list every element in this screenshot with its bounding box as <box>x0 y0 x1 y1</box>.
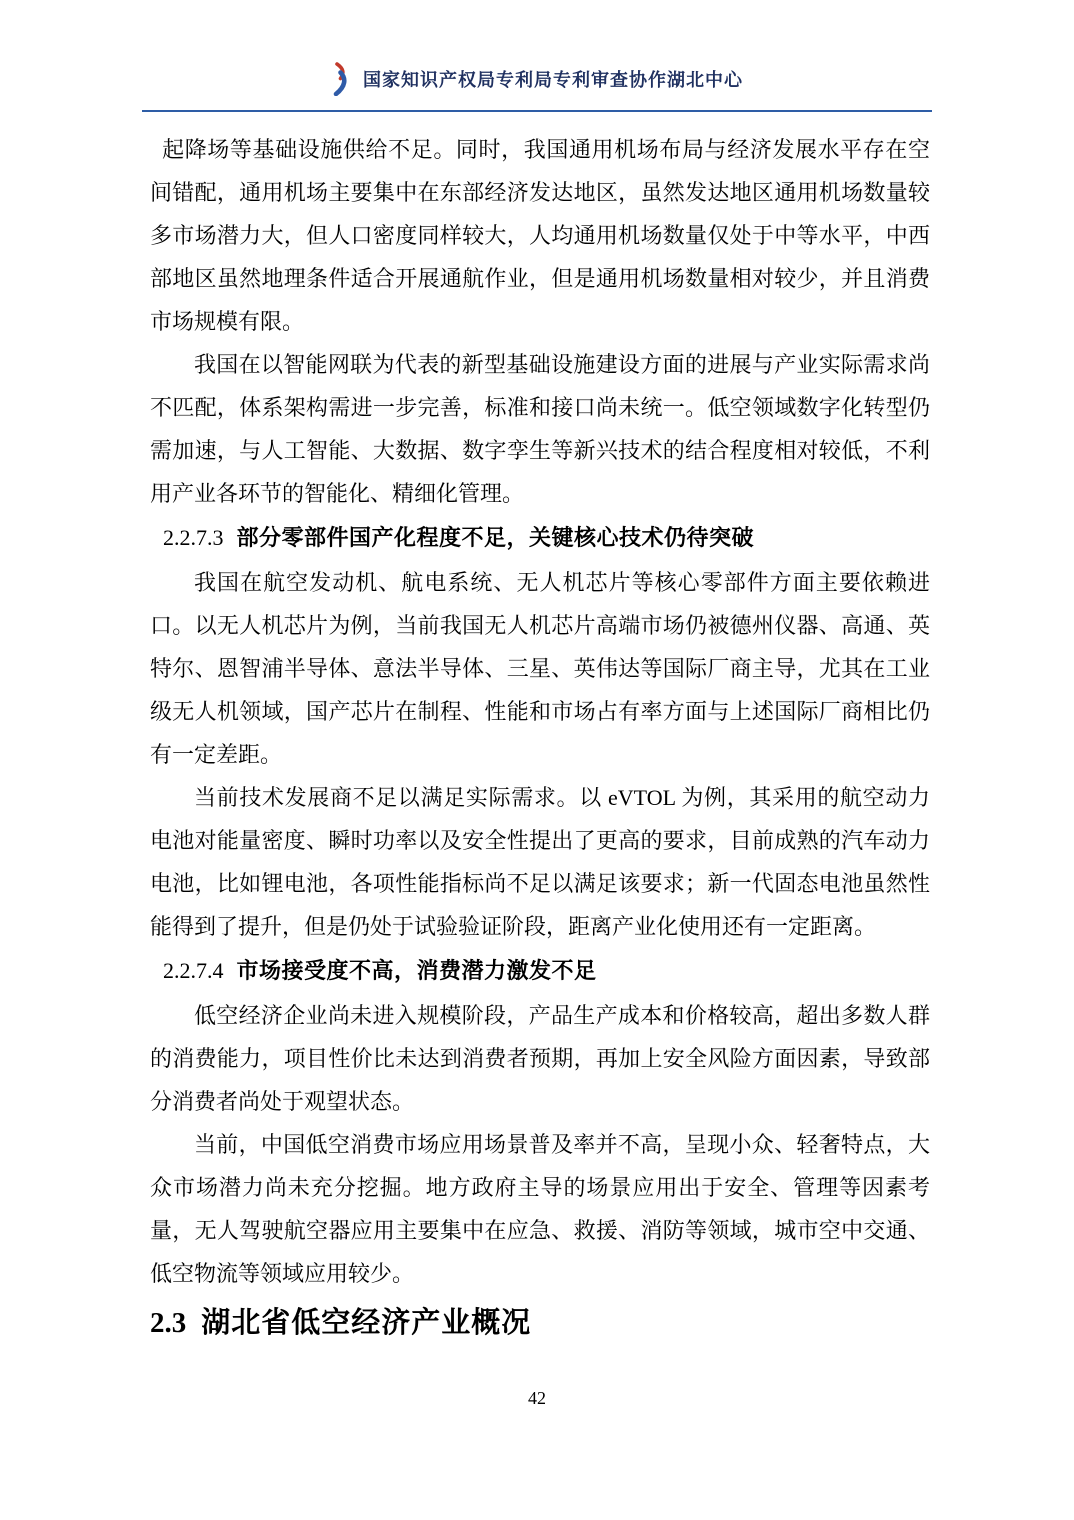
document-body: 起降场等基础设施供给不足。同时，我国通用机场布局与经济发展水平存在空间错配，通用… <box>150 128 930 1349</box>
heading-text: 部分零部件国产化程度不足，关键核心技术仍待突破 <box>237 525 755 550</box>
header-title: 国家知识产权局专利局专利审查协作湖北中心 <box>363 66 743 92</box>
page-number: 42 <box>528 1388 546 1408</box>
paragraph-market-acceptance: 低空经济企业尚未进入规模阶段，产品生产成本和价格较高，超出多数人群的消费能力，项… <box>150 994 930 1123</box>
heading-number: 2.2.7.3 <box>163 525 224 550</box>
heading-2-2-7-4: 2.2.7.4市场接受度不高，消费潜力激发不足 <box>150 948 930 994</box>
heading-number: 2.3 <box>150 1307 186 1339</box>
header-rule <box>142 110 932 112</box>
paragraph-consumer-market: 当前，中国低空消费市场应用场景普及率并不高，呈现小众、轻奢特点，大众市场潜力尚未… <box>150 1123 930 1295</box>
heading-text: 市场接受度不高，消费潜力激发不足 <box>237 958 597 983</box>
paragraph-intelligent-network: 我国在以智能网联为代表的新型基础设施建设方面的进展与产业实际需求尚不匹配，体系架… <box>150 343 930 515</box>
document-page: 国家知识产权局专利局专利审查协作湖北中心 起降场等基础设施供给不足。同时，我国通… <box>0 0 1074 1520</box>
page-footer: 42 <box>0 1388 1074 1409</box>
gov-logo-icon <box>331 62 350 96</box>
heading-text: 湖北省低空经济产业概况 <box>201 1307 531 1339</box>
heading-2-3: 2.3湖北省低空经济产业概况 <box>150 1297 930 1349</box>
paragraph-core-components: 我国在航空发动机、航电系统、无人机芯片等核心零部件方面主要依赖进口。以无人机芯片… <box>150 561 930 776</box>
heading-2-2-7-3: 2.2.7.3部分零部件国产化程度不足，关键核心技术仍待突破 <box>150 515 930 561</box>
page-header: 国家知识产权局专利局专利审查协作湖北中心 <box>0 62 1074 96</box>
paragraph-airfield-supply: 起降场等基础设施供给不足。同时，我国通用机场布局与经济发展水平存在空间错配，通用… <box>150 128 930 343</box>
heading-number: 2.2.7.4 <box>163 958 224 983</box>
paragraph-evtol-battery: 当前技术发展商不足以满足实际需求。以 eVTOL 为例，其采用的航空动力电池对能… <box>150 776 930 948</box>
